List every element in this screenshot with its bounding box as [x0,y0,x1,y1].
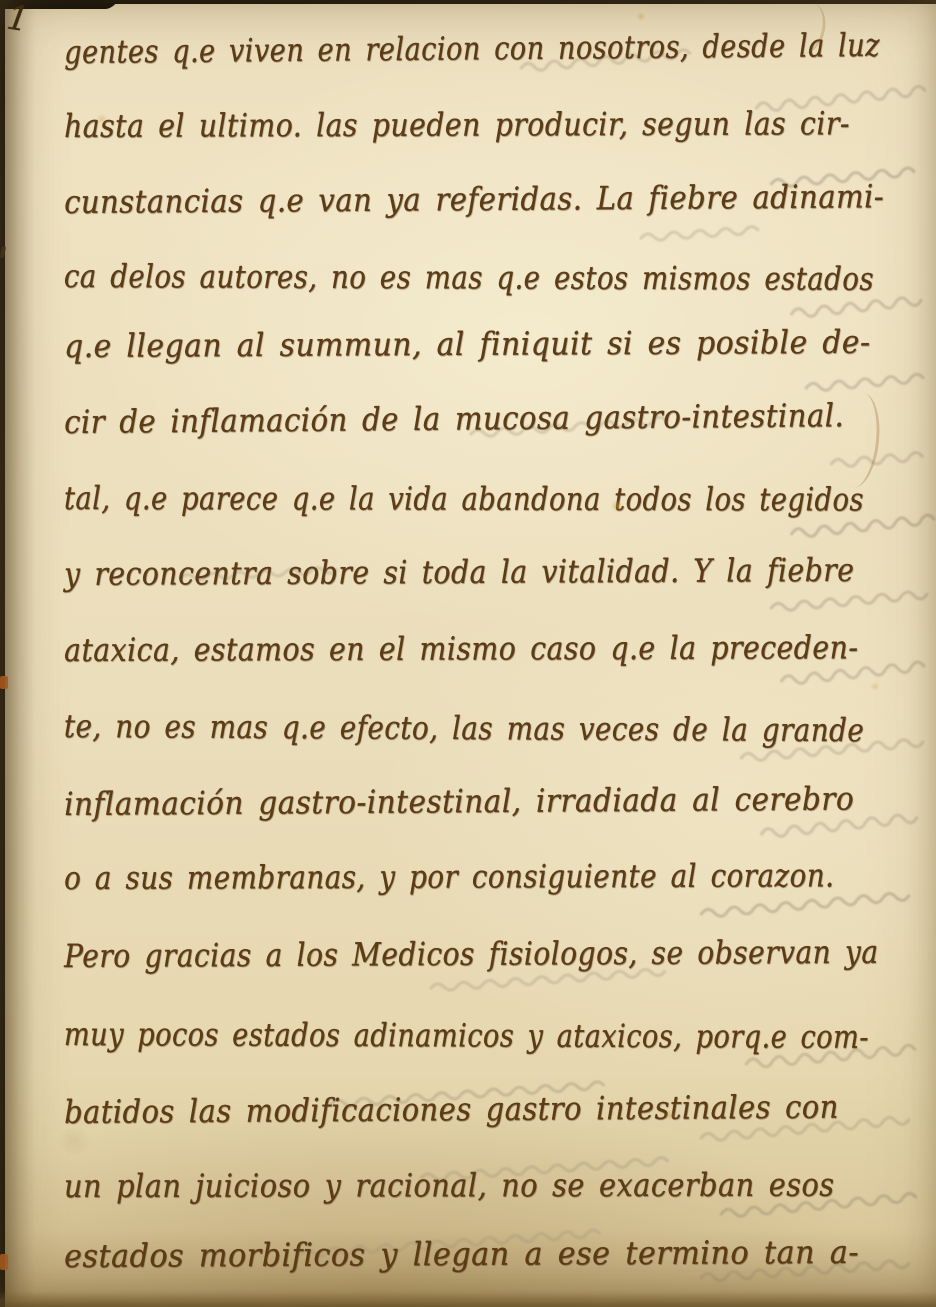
gutter-ink-dash [0,246,6,259]
page-left-edge [0,0,5,1307]
manuscript-line: un plan juicioso y racional, no se exace… [64,1169,834,1202]
manuscript-line: o a sus membranas, y por consiguiente al… [64,859,834,894]
manuscript-line: te, no es mas q.e efecto, las mas veces … [64,710,864,746]
manuscript-line: y reconcentra sobre si toda la vitalidad… [64,554,854,590]
manuscript-line: gentes q.e viven en relacion con nosotro… [64,29,880,68]
manuscript-line: cunstancias q.e van ya referidas. La fie… [64,180,884,218]
foxing-spot [870,682,880,691]
manuscript-line: cir de inflamación de la mucosa gastro-i… [64,399,844,438]
manuscript-line: muy pocos estados adinamicos y ataxicos,… [64,1018,869,1053]
page-bottom-shadow [0,1291,936,1307]
manuscript-line: estados morbificos y llegan a ese termin… [64,1236,859,1272]
manuscript-line: tal, q.e parece q.e la vida abandona tod… [64,482,864,515]
ink-bleedthrough-stroke [791,296,921,319]
ink-bleedthrough-stroke [641,226,758,241]
binding-gutter-shadow [5,0,35,1307]
binding-stitch [0,676,8,689]
manuscript-line: q.e llegan al summun, al finiquit si es … [64,326,871,362]
manuscript-line: hasta el ultimo. las pueden producir, se… [64,107,850,142]
binding-stitch [0,1254,8,1270]
manuscript-line: batidos las modificaciones gastro intest… [64,1091,839,1128]
paper-smudge [54,1128,94,1154]
manuscript-line: ca delos autores, no es mas q.e estos mi… [64,260,874,295]
ink-bleedthrough-stroke [701,892,909,918]
manuscript-line: inflamación gastro-intestinal, irradiada… [64,782,854,820]
page-number-mark: 1 [4,1,31,38]
foxing-spot [636,12,646,21]
ink-bleedthrough-stroke [806,374,923,392]
manuscript-line: Pero gracias a los Medicos fisiologos, s… [64,936,879,972]
manuscript-line: ataxica, estamos en el mismo caso q.e la… [64,631,858,666]
manuscript-page: 1 gentes q.e viven en relacion con nosot… [0,0,936,1307]
ink-bleedthrough-stroke [771,590,927,612]
page-top-edge [0,0,936,4]
